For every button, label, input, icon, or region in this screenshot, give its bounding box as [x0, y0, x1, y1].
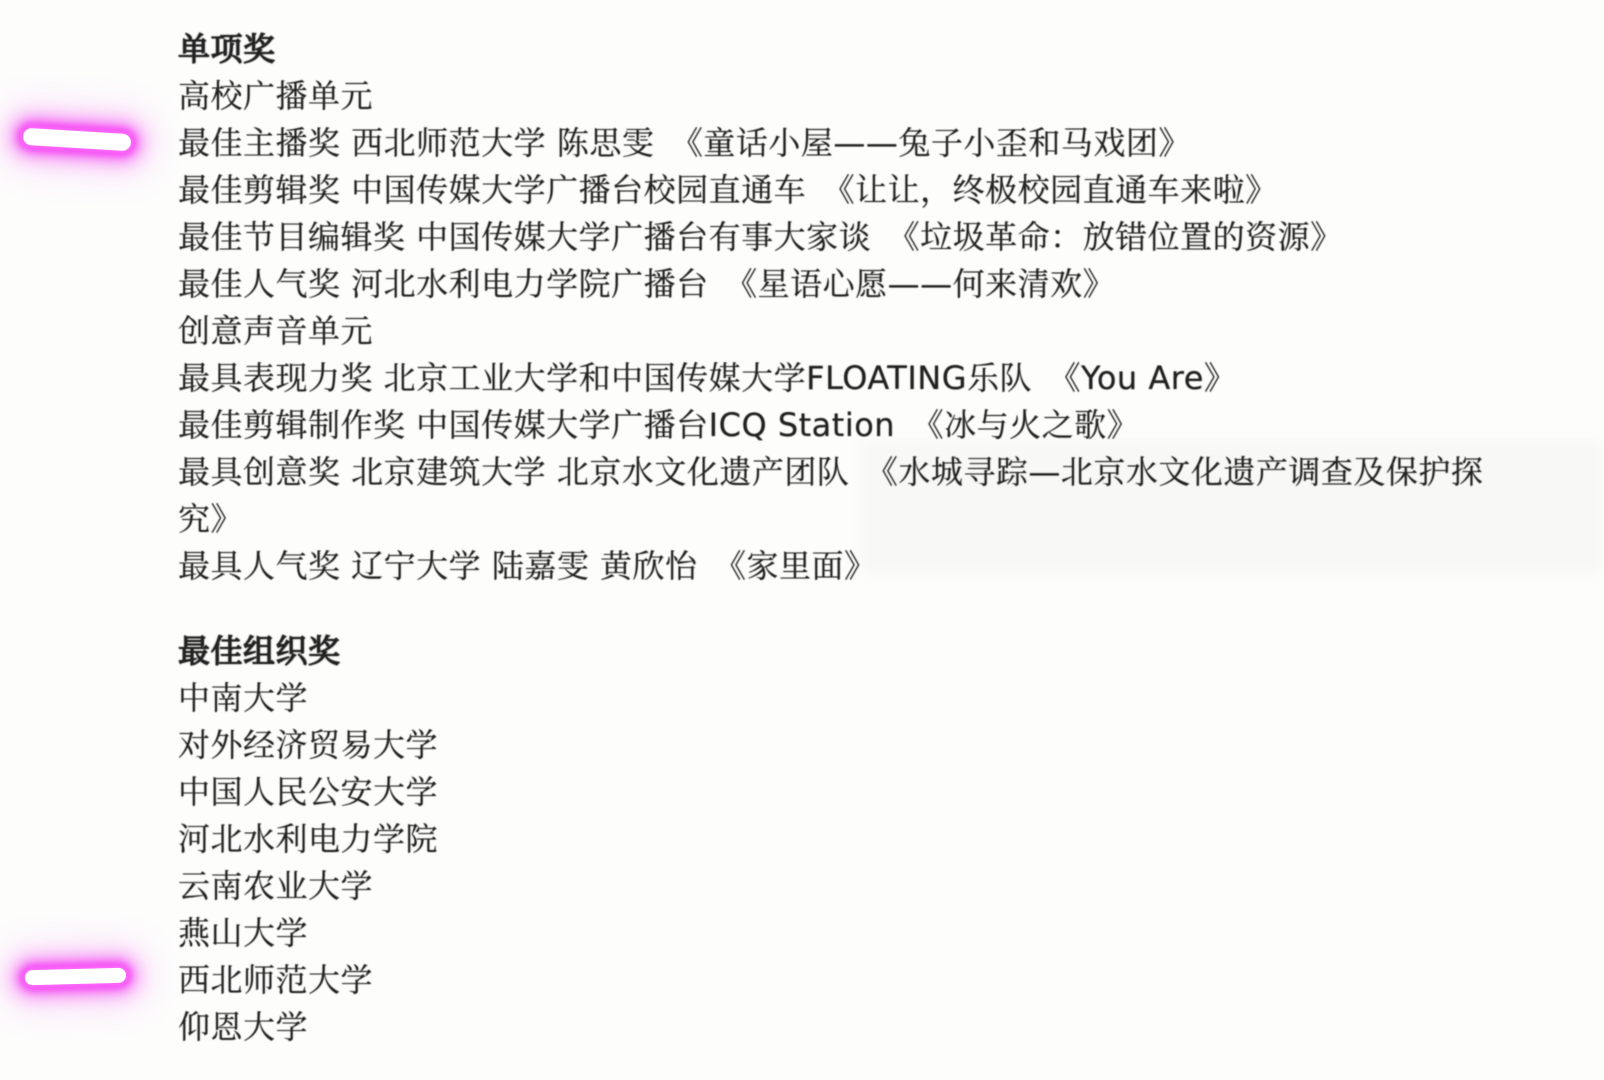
award-line-most-popular: 最具人气奖 辽宁大学 陆嘉雯 黄欣怡 《家里面》 [178, 543, 1558, 590]
award-line-most-creative-wrap: 究》 [178, 496, 1558, 543]
org-line-hebei-water-resources: 河北水利电力学院 [178, 816, 1558, 863]
org-line-yanshan-university: 燕山大学 [178, 910, 1558, 957]
org-line-central-south-university: 中南大学 [178, 675, 1558, 722]
award-announcement-text: 单项奖 高校广播单元 最佳主播奖 西北师范大学 陈思雯 《童话小屋——兔子小歪和… [178, 26, 1558, 1051]
section-individual-awards: 单项奖 高校广播单元 最佳主播奖 西北师范大学 陈思雯 《童话小屋——兔子小歪和… [178, 26, 1558, 590]
award-line-best-popularity: 最佳人气奖 河北水利电力学院广播台 《星语心愿——何来清欢》 [178, 261, 1558, 308]
org-line-northwest-normal: 西北师范大学 [178, 957, 1558, 1004]
award-line-most-creative: 最具创意奖 北京建筑大学 北京水文化遗产团队 《水城寻踪—北京水文化遗产调查及保… [178, 449, 1558, 496]
org-line-yunnan-agricultural: 云南农业大学 [178, 863, 1558, 910]
laser-highlight-mark-2 [25, 968, 126, 986]
section-heading-best-organization: 最佳组织奖 [178, 628, 1558, 675]
unit-label-campus-radio: 高校广播单元 [178, 73, 1558, 120]
org-line-ppsuc: 中国人民公安大学 [178, 769, 1558, 816]
award-line-most-expressive: 最具表现力奖 北京工业大学和中国传媒大学FLOATING乐队 《You Are》 [178, 355, 1558, 402]
org-line-yang-en-university: 仰恩大学 [178, 1004, 1558, 1051]
unit-label-creative-sound: 创意声音单元 [178, 308, 1558, 355]
award-line-best-editing-production: 最佳剪辑制作奖 中国传媒大学广播台ICQ Station 《冰与火之歌》 [178, 402, 1558, 449]
laser-highlight-mark-1 [23, 128, 132, 152]
section-heading-individual-awards: 单项奖 [178, 26, 1558, 73]
award-line-best-editing: 最佳剪辑奖 中国传媒大学广播台校园直通车 《让让，终极校园直通车来啦》 [178, 167, 1558, 214]
section-best-organization-award: 最佳组织奖 中南大学 对外经济贸易大学 中国人民公安大学 河北水利电力学院 云南… [178, 628, 1558, 1051]
award-line-best-anchor: 最佳主播奖 西北师范大学 陈思雯 《童话小屋——兔子小歪和马戏团》 [178, 120, 1558, 167]
document-page: 单项奖 高校广播单元 最佳主播奖 西北师范大学 陈思雯 《童话小屋——兔子小歪和… [0, 0, 1604, 1080]
award-line-best-program-editing: 最佳节目编辑奖 中国传媒大学广播台有事大家谈 《垃圾革命：放错位置的资源》 [178, 214, 1558, 261]
org-line-uibe: 对外经济贸易大学 [178, 722, 1558, 769]
